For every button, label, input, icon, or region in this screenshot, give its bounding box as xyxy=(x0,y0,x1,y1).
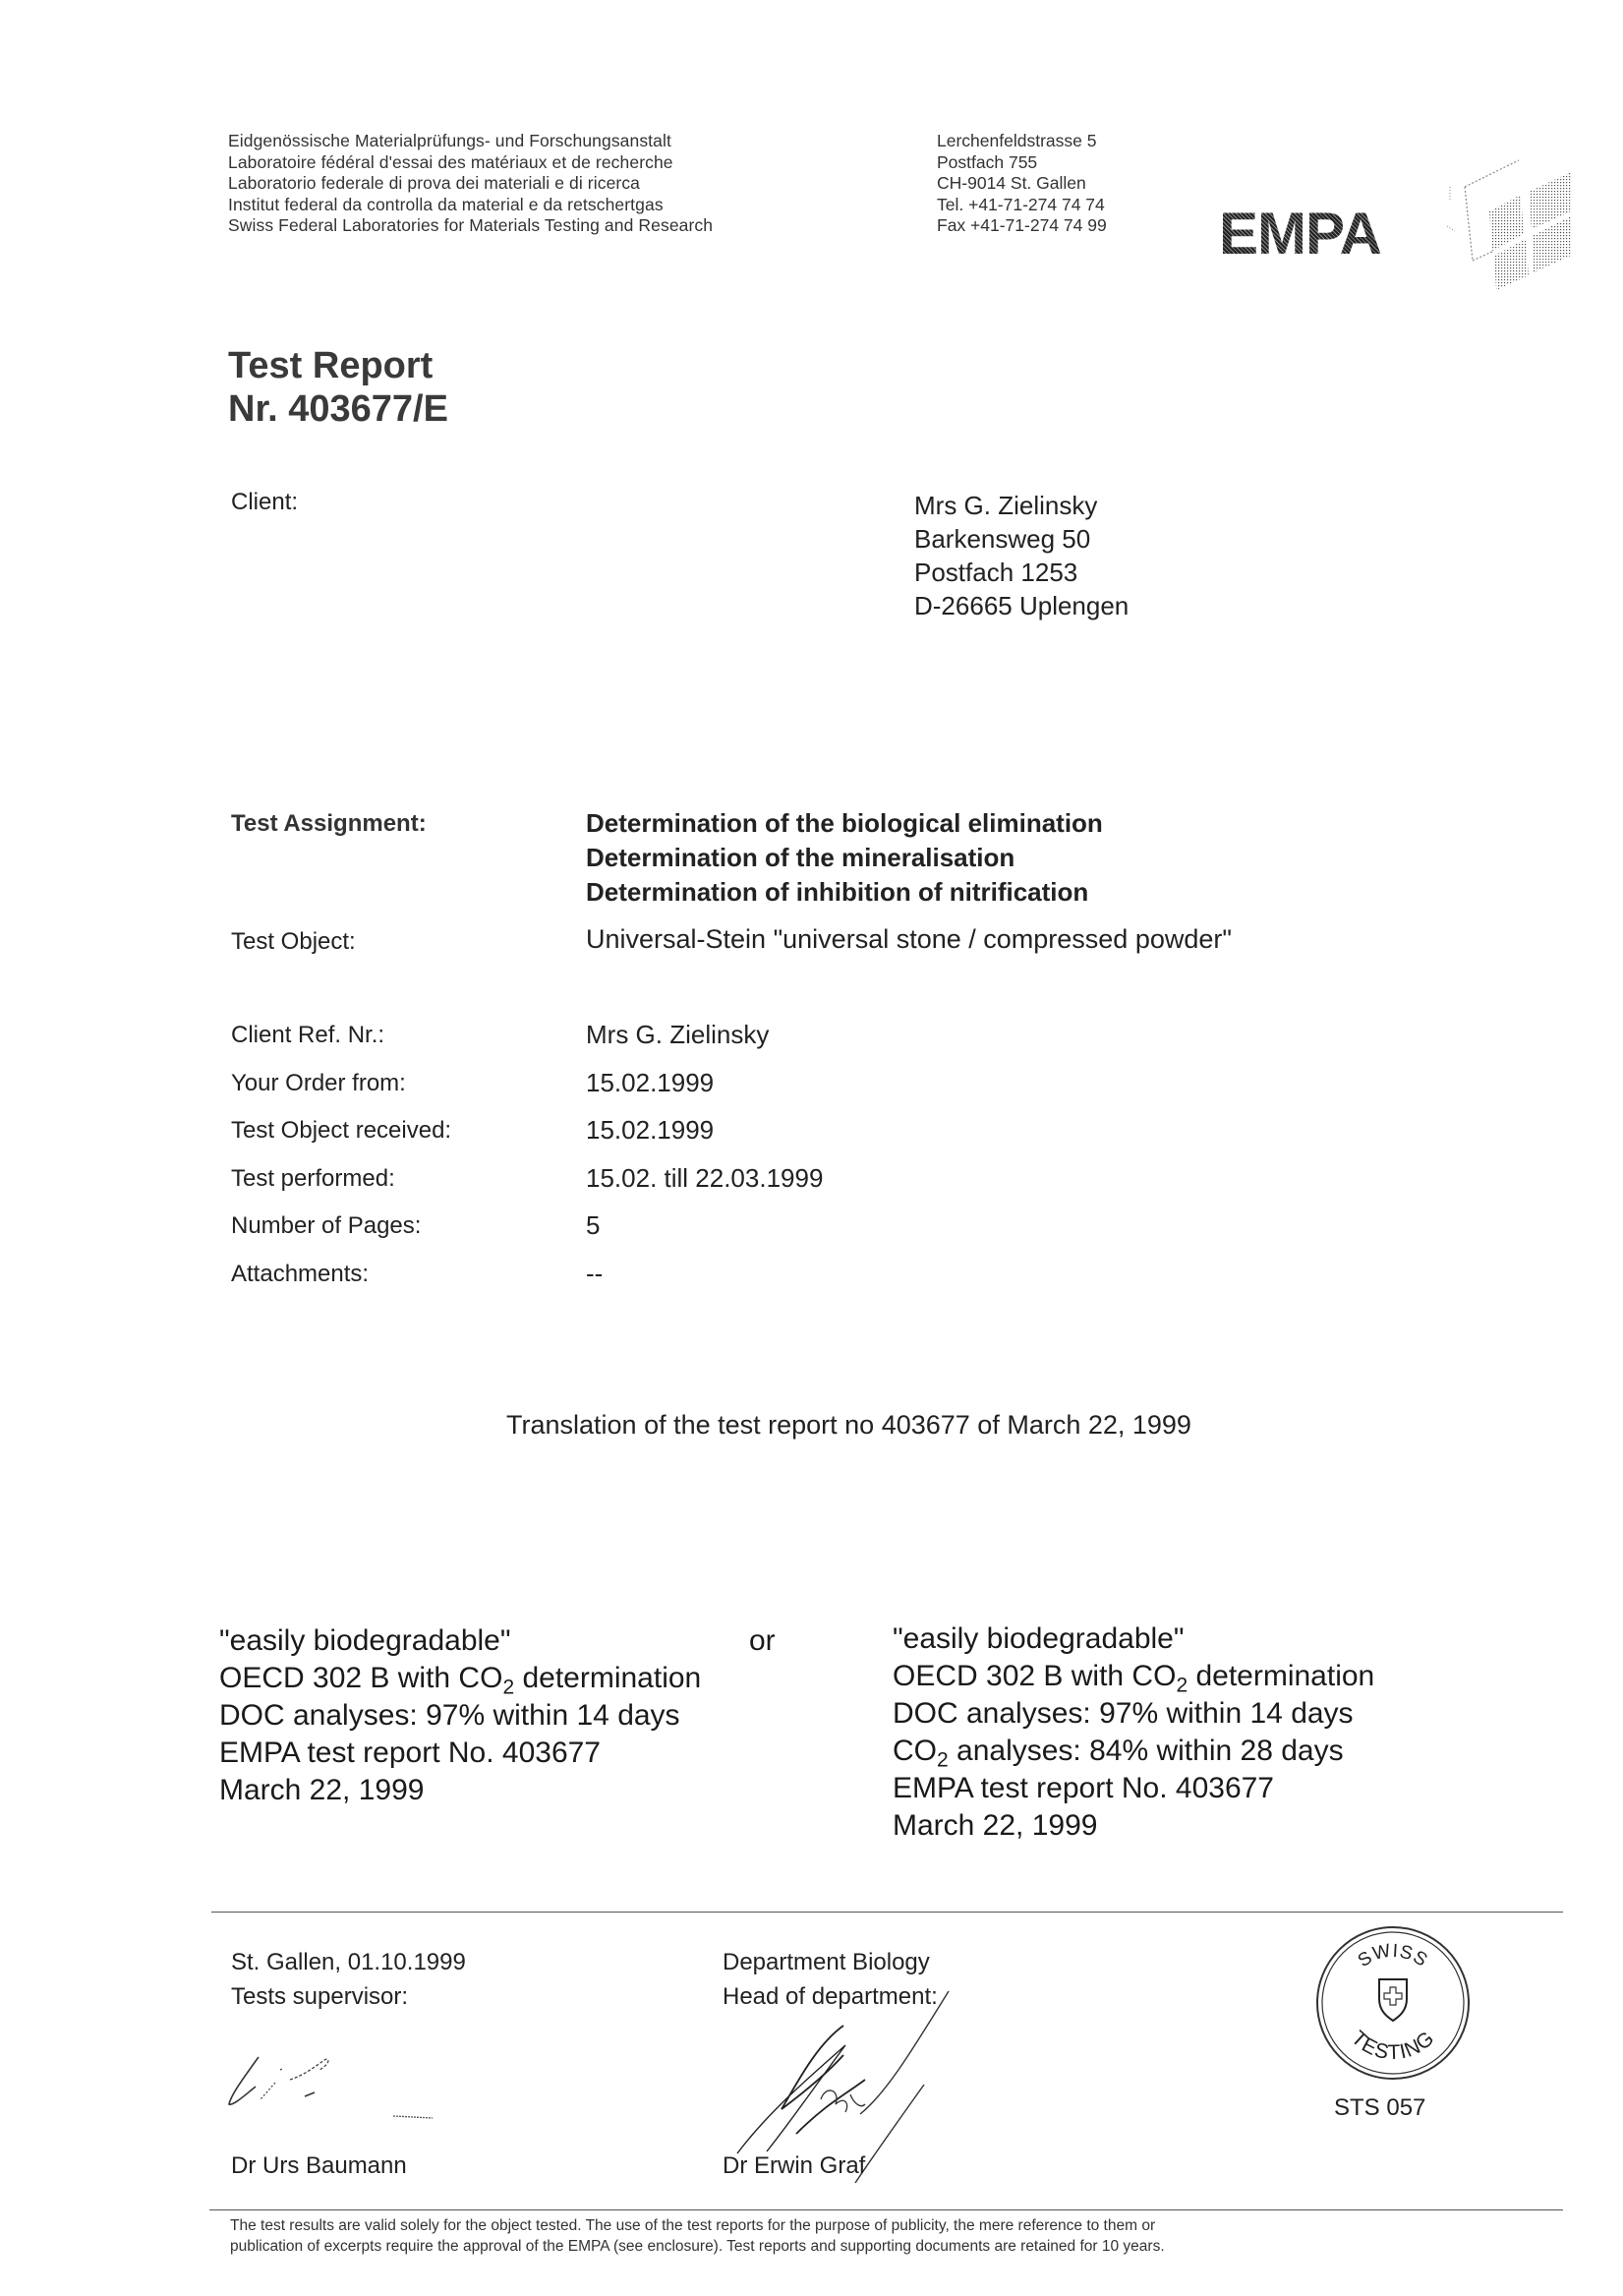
statement-method: OECD 302 B with CO2 determination xyxy=(893,1658,1374,1695)
footer-line: The test results are valid solely for th… xyxy=(230,2215,1165,2236)
test-assignment-list: Determination of the biological eliminat… xyxy=(586,806,1103,910)
details-row: Test performed: 15.02. till 22.03.1999 xyxy=(231,1161,1017,1209)
details-label: Your Order from: xyxy=(231,1066,586,1114)
statement-left: "easily biodegradable" OECD 302 B with C… xyxy=(219,1622,701,1809)
statement-report-no: EMPA test report No. 403677 xyxy=(219,1735,701,1772)
statement-or-label: or xyxy=(749,1622,776,1660)
details-row: Attachments: -- xyxy=(231,1257,1017,1305)
assignment-item: Determination of the mineralisation xyxy=(586,841,1103,875)
footer-line: publication of excerpts require the appr… xyxy=(230,2236,1165,2257)
details-value: Mrs G. Zielinsky xyxy=(586,1018,769,1066)
report-title: Test Report Nr. 403677/E xyxy=(228,344,448,431)
supervisor-name: Dr Urs Baumann xyxy=(231,2149,407,2183)
address-fax: Fax +41-71-274 74 99 xyxy=(937,215,1107,237)
details-table: Client Ref. Nr.: Mrs G. Zielinsky Your O… xyxy=(231,1018,1017,1304)
statement-report-no: EMPA test report No. 403677 xyxy=(893,1770,1374,1807)
report-title-line1: Test Report xyxy=(228,344,448,387)
swiss-testing-stamp-icon: SWISS TESTING xyxy=(1312,1922,1475,2085)
empa-cube-logo-icon xyxy=(1445,152,1573,290)
svg-text:TESTING: TESTING xyxy=(1347,2027,1439,2064)
signature-block-supervisor: St. Gallen, 01.10.1999 Tests supervisor: xyxy=(231,1945,466,2014)
details-row: Client Ref. Nr.: Mrs G. Zielinsky xyxy=(231,1018,1017,1066)
institution-line-rm: Institut federal da controlla da materia… xyxy=(228,195,713,216)
place-date: St. Gallen, 01.10.1999 xyxy=(231,1945,466,1979)
details-label: Number of Pages: xyxy=(231,1208,586,1257)
statement-doc-result: DOC analyses: 97% within 14 days xyxy=(893,1695,1374,1733)
details-value: 15.02.1999 xyxy=(586,1066,714,1114)
details-row: Test Object received: 15.02.1999 xyxy=(231,1113,1017,1161)
test-object-label: Test Object: xyxy=(231,924,356,959)
statement-classification: "easily biodegradable" xyxy=(893,1620,1374,1658)
statement-co2-result: CO2 analyses: 84% within 28 days xyxy=(893,1733,1374,1770)
client-label: Client: xyxy=(231,485,298,519)
statement-right: "easily biodegradable" OECD 302 B with C… xyxy=(893,1620,1374,1845)
empa-logo-text: EMPA xyxy=(1219,201,1381,266)
address-city: CH-9014 St. Gallen xyxy=(937,173,1107,195)
empa-logo: EMPA xyxy=(1219,200,1381,267)
client-address: Mrs G. Zielinsky Barkensweg 50 Postfach … xyxy=(914,489,1129,622)
stamp-code: STS 057 xyxy=(1334,2090,1425,2125)
supervisor-role: Tests supervisor: xyxy=(231,1979,466,2014)
empa-address: Lerchenfeldstrasse 5 Postfach 755 CH-901… xyxy=(937,131,1107,237)
assignment-item: Determination of inhibition of nitrifica… xyxy=(586,875,1103,910)
address-postbox: Postfach 755 xyxy=(937,152,1107,174)
statement-classification: "easily biodegradable" xyxy=(219,1622,701,1660)
report-number: Nr. 403677/E xyxy=(228,387,448,431)
client-postbox: Postfach 1253 xyxy=(914,556,1129,589)
details-label: Attachments: xyxy=(231,1257,586,1305)
svg-text:SWISS: SWISS xyxy=(1355,1940,1432,1972)
client-street: Barkensweg 50 xyxy=(914,522,1129,556)
footer-disclaimer: The test results are valid solely for th… xyxy=(230,2215,1165,2257)
statement-date: March 22, 1999 xyxy=(893,1807,1374,1845)
details-label: Test performed: xyxy=(231,1161,586,1209)
institution-line-fr: Laboratoire fédéral d'essai des matériau… xyxy=(228,152,713,174)
address-street: Lerchenfeldstrasse 5 xyxy=(937,131,1107,152)
details-row: Number of Pages: 5 xyxy=(231,1208,1017,1257)
institution-line-en: Swiss Federal Laboratories for Materials… xyxy=(228,215,713,237)
details-value: 15.02.1999 xyxy=(586,1113,714,1161)
client-name: Mrs G. Zielinsky xyxy=(914,489,1129,522)
client-city: D-26665 Uplengen xyxy=(914,589,1129,622)
statement-doc-result: DOC analyses: 97% within 14 days xyxy=(219,1697,701,1735)
test-assignment-label: Test Assignment: xyxy=(231,806,427,841)
supervisor-signature-icon xyxy=(221,2045,516,2134)
details-label: Client Ref. Nr.: xyxy=(231,1018,586,1066)
statement-date: March 22, 1999 xyxy=(219,1772,701,1809)
signature-divider xyxy=(211,1912,1563,1913)
test-object-value: Universal-Stein "universal stone / compr… xyxy=(586,922,1232,957)
details-value: 15.02. till 22.03.1999 xyxy=(586,1161,823,1209)
details-row: Your Order from: 15.02.1999 xyxy=(231,1066,1017,1114)
details-value: -- xyxy=(586,1257,603,1305)
details-label: Test Object received: xyxy=(231,1113,586,1161)
institution-line-de: Eidgenössische Materialprüfungs- und For… xyxy=(228,131,713,152)
head-name: Dr Erwin Graf xyxy=(723,2149,865,2183)
details-value: 5 xyxy=(586,1208,600,1257)
institution-line-it: Laboratorio federale di prova dei materi… xyxy=(228,173,713,195)
statement-method: OECD 302 B with CO2 determination xyxy=(219,1660,701,1697)
department-name: Department Biology xyxy=(723,1945,938,1979)
assignment-item: Determination of the biological eliminat… xyxy=(586,806,1103,841)
institution-names: Eidgenössische Materialprüfungs- und For… xyxy=(228,131,713,237)
footer-divider xyxy=(209,2209,1563,2210)
translation-note: Translation of the test report no 403677… xyxy=(506,1408,1191,1442)
address-phone: Tel. +41-71-274 74 74 xyxy=(937,195,1107,216)
